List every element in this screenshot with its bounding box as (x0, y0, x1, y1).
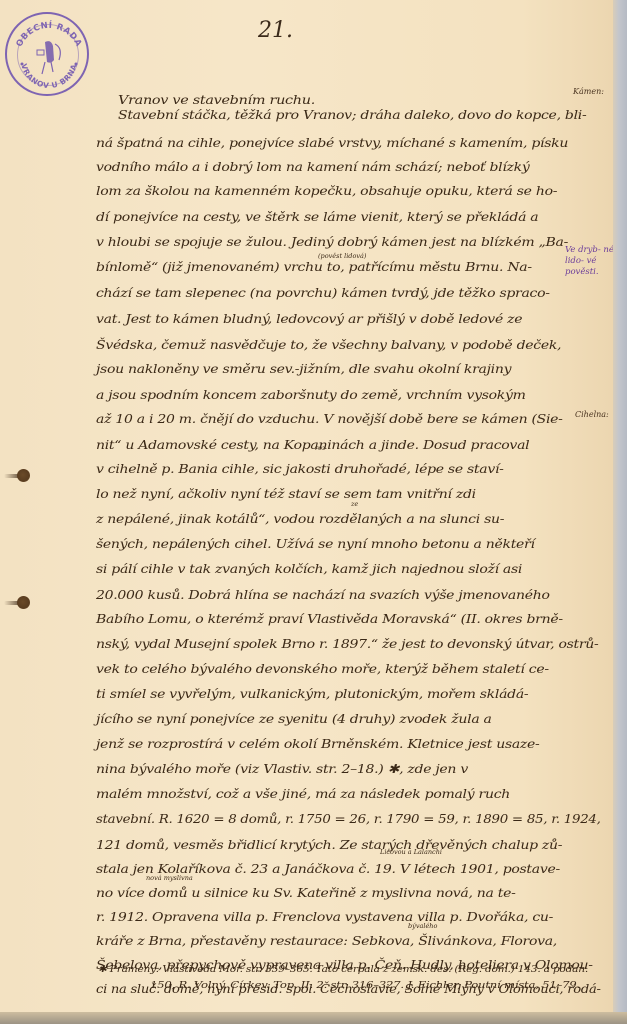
footnote-line-1: ✱ Prameny: Vlastivěda Mor. str. 359–365.… (98, 964, 588, 975)
text-line: šených, nepálených cihel. Užívá se nyní … (96, 537, 535, 551)
page-bottom-shadow (0, 1012, 627, 1024)
text-line: nina bývalého moře (viz Vlastiv. str. 2–… (96, 762, 468, 776)
text-line: bínlomě“ (již jmenovaném) vrchu to, patř… (96, 260, 532, 274)
svg-text:VRANOV U BRNA: VRANOV U BRNA (19, 63, 78, 90)
text-line: ná špatná na cihle, ponejvíce slabé vrst… (96, 136, 568, 150)
municipal-stamp: OBECNÍ RADA VRANOV U BRNA (5, 12, 89, 96)
text-line: nit“ u Adamovské cesty, na Kopaninách a … (96, 438, 529, 452)
text-line: lom za školou na kamenném kopečku, obsah… (96, 184, 557, 198)
text-line: v cihelně p. Bania cihle, sic jakosti dr… (96, 462, 504, 476)
punch-hole-top (17, 469, 30, 482)
page-number: 21. (258, 18, 293, 43)
interlinear-note: ze (351, 500, 358, 508)
text-line: 121 domů, vesměs břidlicí krytých. Ze st… (96, 838, 562, 852)
interlinear-note: (pověst lidová) (318, 252, 366, 260)
text-line: lo než nyní, ačkoliv nyní též staví se s… (96, 487, 476, 501)
text-line: v hloubi se spojuje se žulou. Jediný dob… (96, 235, 568, 249)
text-line: Švédska, čemuž nasvědčuje to, že všechny… (96, 338, 561, 352)
text-line: malém množství, což a vše jiné, má za ná… (96, 787, 510, 801)
text-line: až 10 a i 20 m. čnějí do vzduchu. V nově… (96, 412, 563, 426)
text-line: si pálí cihle v tak zvaných kolčích, kam… (96, 562, 522, 576)
margin-note-stone: Kámen: (573, 87, 604, 96)
punch-hole-bottom (17, 596, 30, 609)
margin-note-folk-legend: Ve dryb- né lido- vé pověsti. (565, 245, 617, 278)
text-line: ti smíel se vyvřelým, vulkanickým, pluto… (96, 687, 528, 701)
document-title: Vranov ve stavebním ruchu. (118, 92, 315, 107)
interlinear-note: roz (315, 444, 325, 452)
text-line: r. 1912. Opravena villa p. Frenclova vys… (96, 910, 553, 924)
text-line: vat. Jest to kámen bludný, ledovcový ar … (96, 312, 522, 326)
text-line: jsou nakloněny ve směru sev.-jižním, dle… (96, 362, 511, 376)
text-line: a jsou spodním koncem zaboršnuty do země… (96, 388, 526, 402)
interlinear-note: nová myslivna (146, 874, 193, 882)
text-line: dí ponejvíce na cesty, ve štěrk se láme … (96, 210, 538, 224)
stamp-emblem-icon: OBECNÍ RADA VRANOV U BRNA (7, 14, 91, 98)
text-line: chází se tam slepenec (na povrchu) kámen… (96, 286, 550, 300)
text-line: stavební. R. 1620 = 8 domů, r. 1750 = 26… (96, 812, 601, 826)
manuscript-page: OBECNÍ RADA VRANOV U BRNA 21. Vranov ve … (0, 0, 613, 1014)
page-edge-backdrop (613, 0, 627, 1024)
text-line: Stavební stáčka, těžká pro Vranov; dráha… (118, 108, 586, 122)
text-line: 20.000 kusů. Dobrá hlína se nachází na s… (96, 588, 550, 602)
text-line: z nepálené, jinak kotálů“, vodou rozděla… (96, 512, 504, 526)
text-line: vek to celého bývalého devonského moře, … (96, 662, 549, 676)
text-line: jícího se nyní ponejvíce ze syenitu (4 d… (96, 712, 492, 726)
interlinear-note: Ličovou a Lalanchi (380, 848, 442, 856)
text-line: no více domů u silnice ku Sv. Kateřině z… (96, 886, 516, 900)
margin-note-brickworks: Cihelna: (575, 410, 609, 419)
text-line: Babího Lomu, o kterémž praví Vlastivěda … (96, 612, 563, 626)
footnote-line-2: 150, R. Volný, Církev. Top. II. 2. str. … (150, 980, 580, 991)
text-line: nský, vydal Musejní spolek Brno r. 1897.… (96, 637, 598, 651)
interlinear-note: bývalého (408, 922, 437, 930)
text-line: kráře z Brna, přestavěny restaurace: Seb… (96, 934, 557, 948)
text-line: jenž se rozprostírá v celém okolí Brněns… (96, 737, 539, 751)
text-line: vodního málo a i dobrý lom na kamení nám… (96, 160, 529, 174)
